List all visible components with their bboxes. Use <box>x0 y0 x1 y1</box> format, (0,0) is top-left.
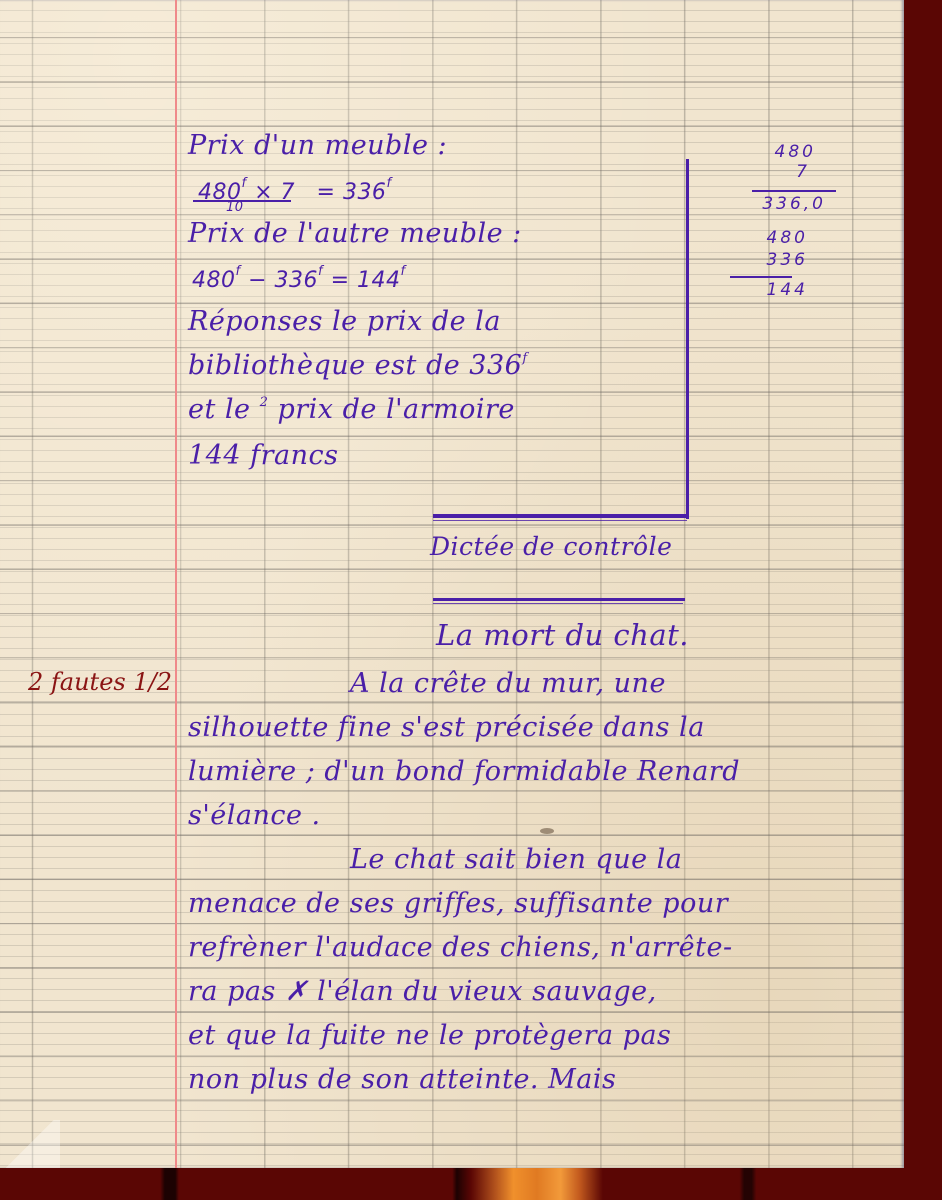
calc-multiplier: 7 <box>796 162 810 182</box>
dictation-line-3: lumière ; d'un bond formidable Renard <box>188 756 740 787</box>
calc-bar <box>752 190 836 192</box>
dictation-line-5: Le chat sait bien que la <box>350 844 682 875</box>
dictation-line-1: A la crête du mur, une <box>350 668 666 699</box>
calc-multiplicand: 480 <box>775 142 816 162</box>
formula-denominator: 10 <box>226 200 244 215</box>
franc-unit: f <box>522 351 527 366</box>
dictation-line-8: ra pas ✗ l'élan du vieux sauvage, <box>188 976 657 1007</box>
franc-unit: f <box>242 176 247 191</box>
answer-line-1: Réponses le prix de la <box>188 306 501 337</box>
background-surface <box>0 1168 942 1200</box>
dictation-heading: Dictée de contrôle <box>430 532 672 561</box>
problem-line-price-other-piece: Prix de l'autre meuble : <box>188 218 522 249</box>
answer-line-4: 144 francs <box>188 440 338 471</box>
answer-text: bibliothèque est de 336 <box>188 350 522 381</box>
calc-difference: 144 <box>767 280 808 300</box>
answer-line-3: et le 2 prix de l'armoire <box>188 394 515 425</box>
dictation-line-2: silhouette fine s'est précisée dans la <box>188 712 705 743</box>
formula-value-480: 480 <box>192 268 236 293</box>
dictation-line-6: menace de ses griffes, suffisante pour <box>188 888 728 919</box>
franc-unit: f <box>386 176 391 191</box>
dictation-line-4: s'élance . <box>188 800 321 831</box>
franc-unit: f <box>401 264 406 279</box>
calc-product: 336,0 <box>762 194 826 214</box>
notebook-page: Prix d'un meuble : 480f × 7 = 336f 10 Pr… <box>0 0 904 1168</box>
box-vertical-rule <box>686 159 689 519</box>
box-bottom-rule-thin <box>433 520 687 521</box>
problem-line-price-one-piece: Prix d'un meuble : <box>188 130 447 161</box>
ink-smudge <box>540 828 554 834</box>
formula-result-144: = 144 <box>323 268 400 293</box>
calc-bar <box>730 276 792 278</box>
formula-result: = 336 <box>317 180 387 205</box>
answer-line-2: bibliothèque est de 336f <box>188 350 528 381</box>
calc-subtrahend: 336 <box>767 250 808 270</box>
answer-text: prix de l'armoire <box>268 394 515 425</box>
formula-minus-336: − 336 <box>241 268 318 293</box>
calc-minuend: 480 <box>767 228 808 248</box>
dictation-line-9: et que la fuite ne le protègera pas <box>188 1020 671 1051</box>
heading-underline-thin <box>433 603 683 604</box>
answer-text: et le <box>188 394 260 425</box>
margin-line <box>175 0 177 1168</box>
box-bottom-rule <box>433 514 689 518</box>
folded-corner <box>0 1120 60 1168</box>
dictation-line-10: non plus de son atteinte. Mais <box>188 1064 616 1095</box>
formula-price-other-piece: 480f − 336f = 144f <box>192 264 406 293</box>
dictation-line-7: refrèner l'audace des chiens, n'arrête- <box>188 932 733 963</box>
teacher-grade-note: 2 fautes 1/2 <box>28 668 172 696</box>
dictation-title: La mort du chat. <box>436 618 689 652</box>
scanned-page-scene: Prix d'un meuble : 480f × 7 = 336f 10 Pr… <box>0 0 942 1200</box>
heading-underline <box>433 598 685 601</box>
